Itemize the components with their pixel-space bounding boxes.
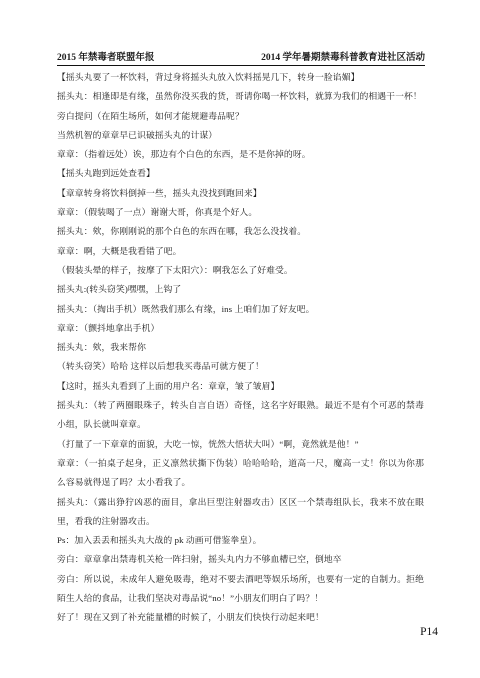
script-line: 章章：（指着远处）诶，那边有个白色的东西，是不是你掉的呀。 bbox=[57, 145, 424, 164]
document-page: 2015 年禁毒者联盟年报 2014 学年暑期禁毒科普教育进社区活动 【摇头丸要… bbox=[0, 0, 480, 678]
script-line: 摇头丸：相逢即是有缘，虽然你没买我的货，哥请你喝一杯饮料，就算为我们的相遇干一杯… bbox=[57, 87, 424, 106]
script-body: 【摇头丸要了一杯饮料，背过身将摇头丸放入饮料摇晃几下，转身一脸谄媚】摇头丸：相逢… bbox=[57, 68, 424, 628]
script-line: 【摇头丸要了一杯饮料，背过身将摇头丸放入饮料摇晃几下，转身一脸谄媚】 bbox=[57, 68, 424, 87]
page-header: 2015 年禁毒者联盟年报 2014 学年暑期禁毒科普教育进社区活动 bbox=[57, 49, 425, 66]
script-line: 【这时，摇头丸看到了上面的用户名：章章，皱了皱眉】 bbox=[57, 377, 424, 396]
script-line: 章章：（颤抖地拿出手机） bbox=[57, 319, 424, 338]
script-line: 旁白：章章拿出禁毒机关枪一阵扫射，摇头丸内力不够血槽已空，倒地卒 bbox=[57, 550, 424, 569]
script-line: 摇头丸：（露出狰狞凶恶的面目，拿出巨型注射器攻击）区区一个禁毒组队长，我来不放在… bbox=[57, 493, 424, 532]
script-line: Ps：加入丢丢和摇头丸大战的 pk 动画可借鉴拳皇）。 bbox=[57, 531, 424, 550]
script-line: 旁白：所以说，未成年人避免吸毒，绝对不要去酒吧等娱乐场所，也要有一定的自制力。拒… bbox=[57, 570, 424, 609]
script-line: 摇头丸：（转了两圈眼珠子，转头自言自语）奇怪，这名字好眼熟。最近不是有个可恶的禁… bbox=[57, 396, 424, 435]
page-number: P14 bbox=[420, 626, 438, 638]
script-line: 章章：（一拍桌子起身，正义凛然状撕下伪装）哈哈哈哈，道高一尺，魔高一丈！你以为你… bbox=[57, 454, 424, 493]
script-line: 摇头丸:(转头窃笑)嘿嘿，上钩了 bbox=[57, 280, 424, 299]
script-line: 旁白提问（在陌生场所，如何才能规避毒品呢？ bbox=[57, 107, 424, 126]
script-line: 好了！现在又到了补充能量槽的时候了，小朋友们快快行动起来吧！ bbox=[57, 608, 424, 627]
script-line: 摇头丸：欸，我来帮你 bbox=[57, 338, 424, 357]
script-line: （转头窃笑）哈哈 这样以后想我买毒品可就方便了！ bbox=[57, 357, 424, 376]
script-line: （假装头晕的样子，按摩了下太阳穴）：啊我怎么了好难受。 bbox=[57, 261, 424, 280]
script-line: 章章：啊，大概是我看错了吧。 bbox=[57, 242, 424, 261]
script-line: 摇头丸：（掏出手机）既然我们那么有缘，ins 上咱们加了好友吧。 bbox=[57, 300, 424, 319]
script-line: 章章：（假装喝了一点）谢谢大哥，你真是个好人。 bbox=[57, 203, 424, 222]
script-line: 当然机智的章章早已识破摇头丸的计谋） bbox=[57, 126, 424, 145]
header-right-title: 2014 学年暑期禁毒科普教育进社区活动 bbox=[261, 49, 425, 63]
script-line: 摇头丸：欸，你刚刚说的那个白色的东西在哪，我怎么没找着。 bbox=[57, 222, 424, 241]
header-left-title: 2015 年禁毒者联盟年报 bbox=[57, 49, 154, 63]
script-line: 【摇头丸跑到远处查看】 bbox=[57, 164, 424, 183]
script-line: 【章章转身将饮料倒掉一些，摇头丸没找到跑回来】 bbox=[57, 184, 424, 203]
script-line: （打量了一下章章的面貌，大吃一惊，恍然大悟状大叫）“啊，竟然就是他！” bbox=[57, 435, 424, 454]
